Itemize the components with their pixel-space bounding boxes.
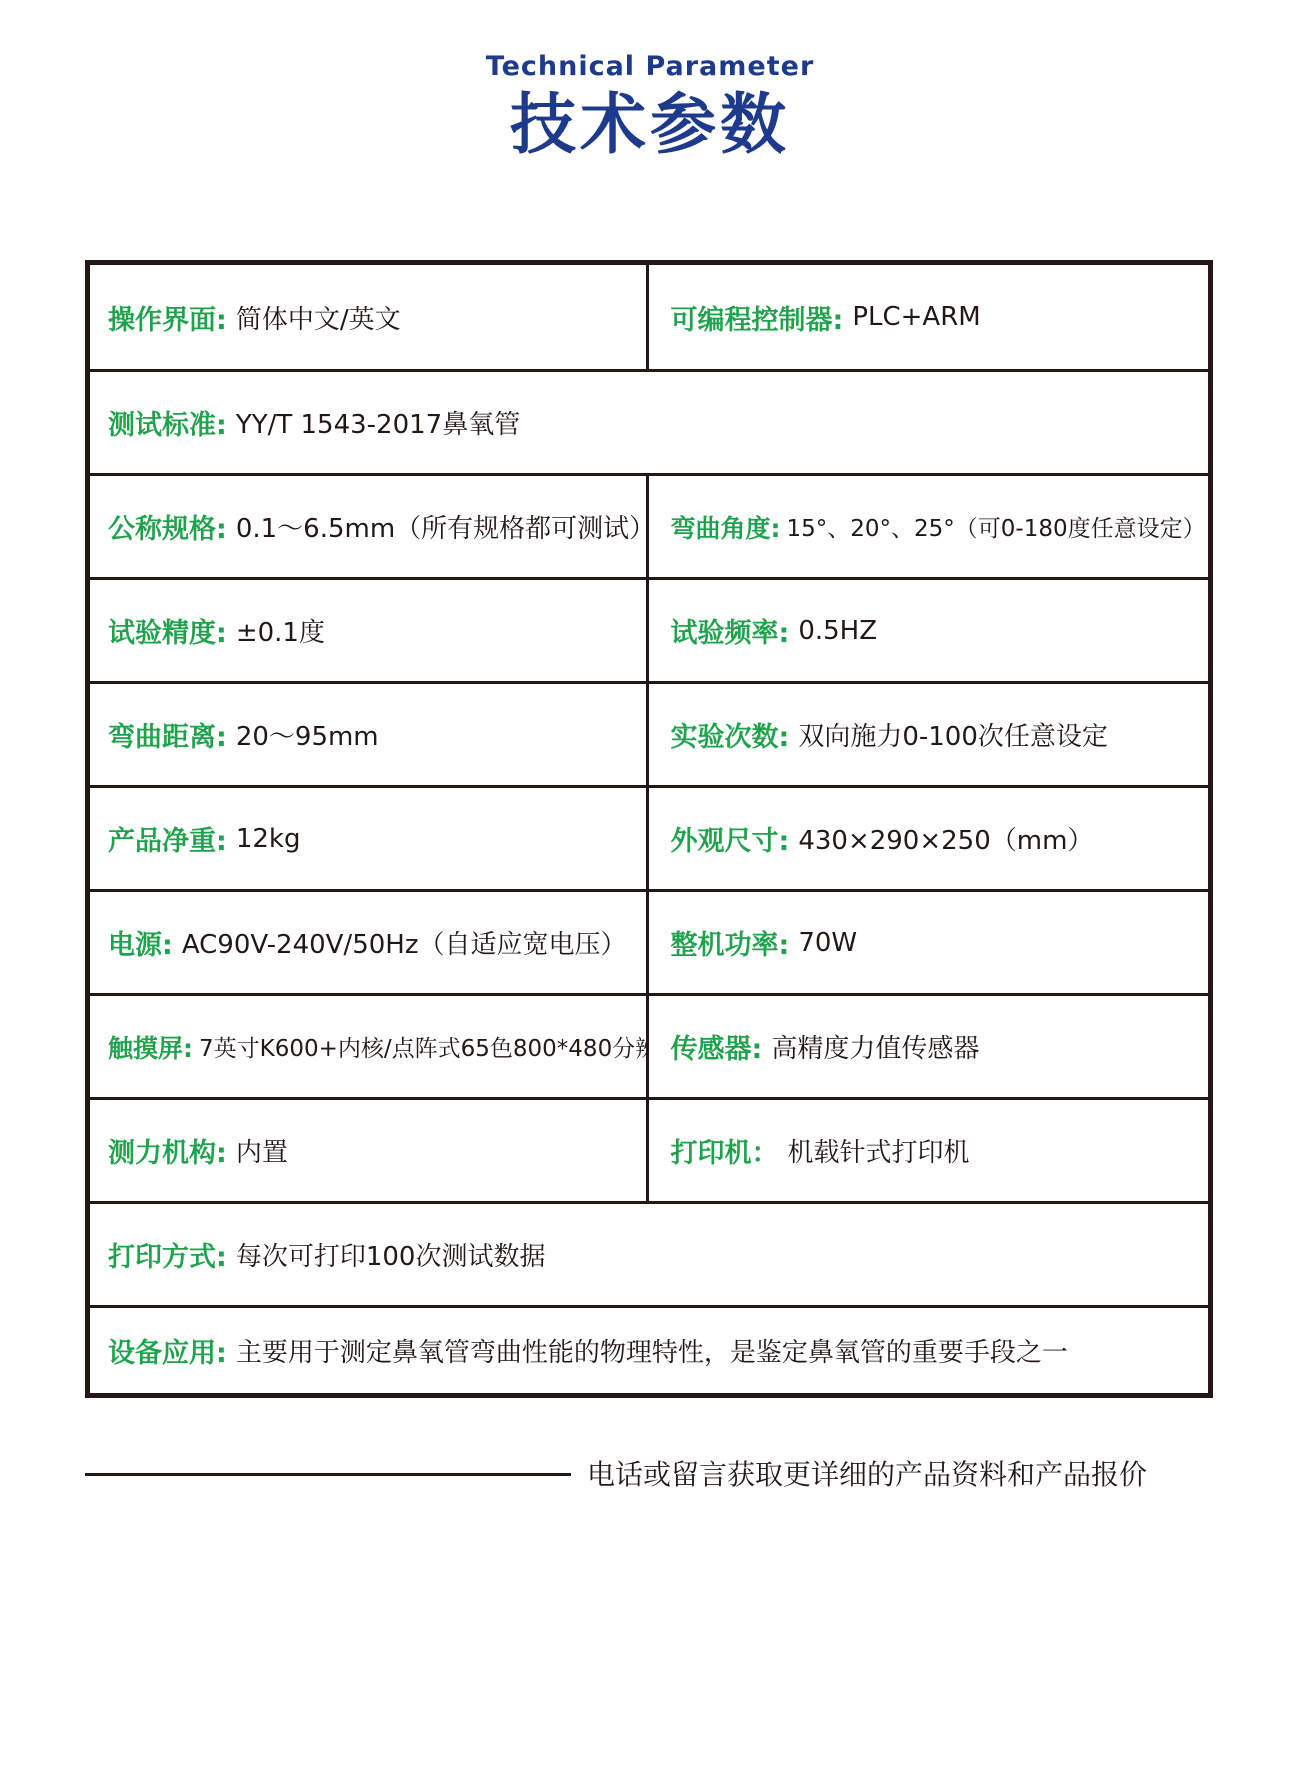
spec-cell-total-power: 整机功率: 70W (646, 892, 1209, 993)
spec-value: AC90V-240V/50Hz（自适应宽电压） (182, 924, 627, 961)
spec-cell-force-mechanism: 测力机构: 内置 (90, 1100, 646, 1201)
spec-value: 机载针式打印机 (788, 1132, 970, 1169)
spec-cell-operation-interface: 操作界面: 简体中文/英文 (90, 265, 646, 369)
spec-cell-bend-distance: 弯曲距离: 20～95mm (90, 684, 646, 785)
spec-value: YY/T 1543-2017鼻氧管 (236, 404, 520, 441)
spec-label: 弯曲角度: (671, 509, 781, 545)
spec-value: 每次可打印100次测试数据 (236, 1236, 546, 1273)
spec-label: 实验次数: (671, 715, 790, 754)
spec-value: 主要用于测定鼻氧管弯曲性能的物理特性，是鉴定鼻氧管的重要手段之一 (236, 1332, 1068, 1369)
footer: 电话或留言获取更详细的产品资料和产品报价 (85, 1458, 1147, 1492)
spec-label: 试验频率: (671, 611, 790, 650)
spec-row-power: 电源: AC90V-240V/50Hz（自适应宽电压） 整机功率: 70W (90, 889, 1208, 993)
spec-label: 传感器: (671, 1027, 763, 1066)
spec-label: 打印方式: (108, 1235, 227, 1274)
spec-cell-test-times: 实验次数: 双向施力0-100次任意设定 (646, 684, 1209, 785)
spec-value: 20～95mm (236, 716, 379, 753)
spec-value: 70W (798, 928, 857, 958)
spec-cell-net-weight: 产品净重: 12kg (90, 788, 646, 889)
spec-label: 测力机构: (108, 1131, 227, 1170)
footer-note: 电话或留言获取更详细的产品资料和产品报价 (587, 1458, 1147, 1492)
spec-value: ±0.1度 (236, 612, 325, 649)
page: Technical Parameter 技术参数 操作界面: 简体中文/英文 可… (0, 0, 1300, 1790)
spec-label: 可编程控制器: (671, 298, 844, 337)
page-title: 技术参数 (0, 90, 1300, 159)
spec-label: 外观尺寸: (671, 819, 790, 858)
spec-row-print-mode: 打印方式: 每次可打印100次测试数据 (90, 1201, 1208, 1305)
spec-row-distance-times: 弯曲距离: 20～95mm 实验次数: 双向施力0-100次任意设定 (90, 681, 1208, 785)
spec-value: 高精度力值传感器 (771, 1028, 979, 1065)
spec-value: 0.5HZ (798, 616, 877, 646)
spec-label: 整机功率: (671, 923, 790, 962)
spec-cell-nominal-spec: 公称规格: 0.1～6.5mm（所有规格都可测试） (90, 476, 646, 577)
spec-cell-sensor: 传感器: 高精度力值传感器 (646, 996, 1209, 1097)
spec-value: PLC+ARM (852, 302, 980, 332)
spec-label: 公称规格: (108, 507, 227, 546)
spec-cell-dimensions: 外观尺寸: 430×290×250（mm） (646, 788, 1209, 889)
spec-cell-bend-angle: 弯曲角度: 15°、20°、25°（可0-180度任意设定） (646, 476, 1209, 577)
spec-label: 电源: (108, 923, 173, 962)
spec-table: 操作界面: 简体中文/英文 可编程控制器: PLC+ARM 测试标准: YY/T… (85, 260, 1213, 1398)
spec-row-test-standard: 测试标准: YY/T 1543-2017鼻氧管 (90, 369, 1208, 473)
spec-row-screen-sensor: 触摸屏: 7英寸K600+内核/点阵式65色800*480分辨率 传感器: 高精… (90, 993, 1208, 1097)
footer-rule (85, 1473, 571, 1476)
spec-label: 测试标准: (108, 403, 227, 442)
spec-row-spec-angle: 公称规格: 0.1～6.5mm（所有规格都可测试） 弯曲角度: 15°、20°、… (90, 473, 1208, 577)
spec-label: 触摸屏: (108, 1029, 193, 1065)
spec-row-force-printer: 测力机构: 内置 打印机： 机载针式打印机 (90, 1097, 1208, 1201)
spec-label: 产品净重: (108, 819, 227, 858)
spec-cell-programmable-controller: 可编程控制器: PLC+ARM (646, 265, 1209, 369)
spec-cell-printer: 打印机： 机载针式打印机 (646, 1100, 1209, 1201)
spec-label: 打印机： (671, 1131, 779, 1170)
page-subtitle: Technical Parameter (0, 52, 1300, 82)
spec-cell-test-standard: 测试标准: YY/T 1543-2017鼻氧管 (90, 372, 1208, 473)
spec-value: 0.1～6.5mm（所有规格都可测试） (236, 508, 646, 545)
page-header: Technical Parameter 技术参数 (0, 52, 1300, 159)
spec-value: 15°、20°、25°（可0-180度任意设定） (787, 510, 1206, 543)
spec-value: 双向施力0-100次任意设定 (798, 716, 1108, 753)
spec-label: 设备应用: (108, 1331, 227, 1370)
spec-cell-test-precision: 试验精度: ±0.1度 (90, 580, 646, 681)
spec-label: 试验精度: (108, 611, 227, 650)
spec-cell-application: 设备应用: 主要用于测定鼻氧管弯曲性能的物理特性，是鉴定鼻氧管的重要手段之一 (90, 1308, 1208, 1393)
spec-label: 弯曲距离: (108, 715, 227, 754)
spec-label: 操作界面: (108, 298, 227, 337)
spec-row-precision-frequency: 试验精度: ±0.1度 试验频率: 0.5HZ (90, 577, 1208, 681)
spec-cell-power-supply: 电源: AC90V-240V/50Hz（自适应宽电压） (90, 892, 646, 993)
spec-row-ui-controller: 操作界面: 简体中文/英文 可编程控制器: PLC+ARM (90, 265, 1208, 369)
spec-cell-touch-screen: 触摸屏: 7英寸K600+内核/点阵式65色800*480分辨率 (90, 996, 646, 1097)
spec-value: 430×290×250（mm） (798, 820, 1093, 857)
spec-value: 7英寸K600+内核/点阵式65色800*480分辨率 (199, 1030, 646, 1063)
spec-value: 12kg (236, 824, 301, 854)
spec-row-weight-size: 产品净重: 12kg 外观尺寸: 430×290×250（mm） (90, 785, 1208, 889)
spec-cell-test-frequency: 试验频率: 0.5HZ (646, 580, 1209, 681)
spec-value: 简体中文/英文 (236, 299, 401, 336)
spec-cell-print-mode: 打印方式: 每次可打印100次测试数据 (90, 1204, 1208, 1305)
spec-row-application: 设备应用: 主要用于测定鼻氧管弯曲性能的物理特性，是鉴定鼻氧管的重要手段之一 (90, 1305, 1208, 1393)
spec-value: 内置 (236, 1132, 288, 1169)
